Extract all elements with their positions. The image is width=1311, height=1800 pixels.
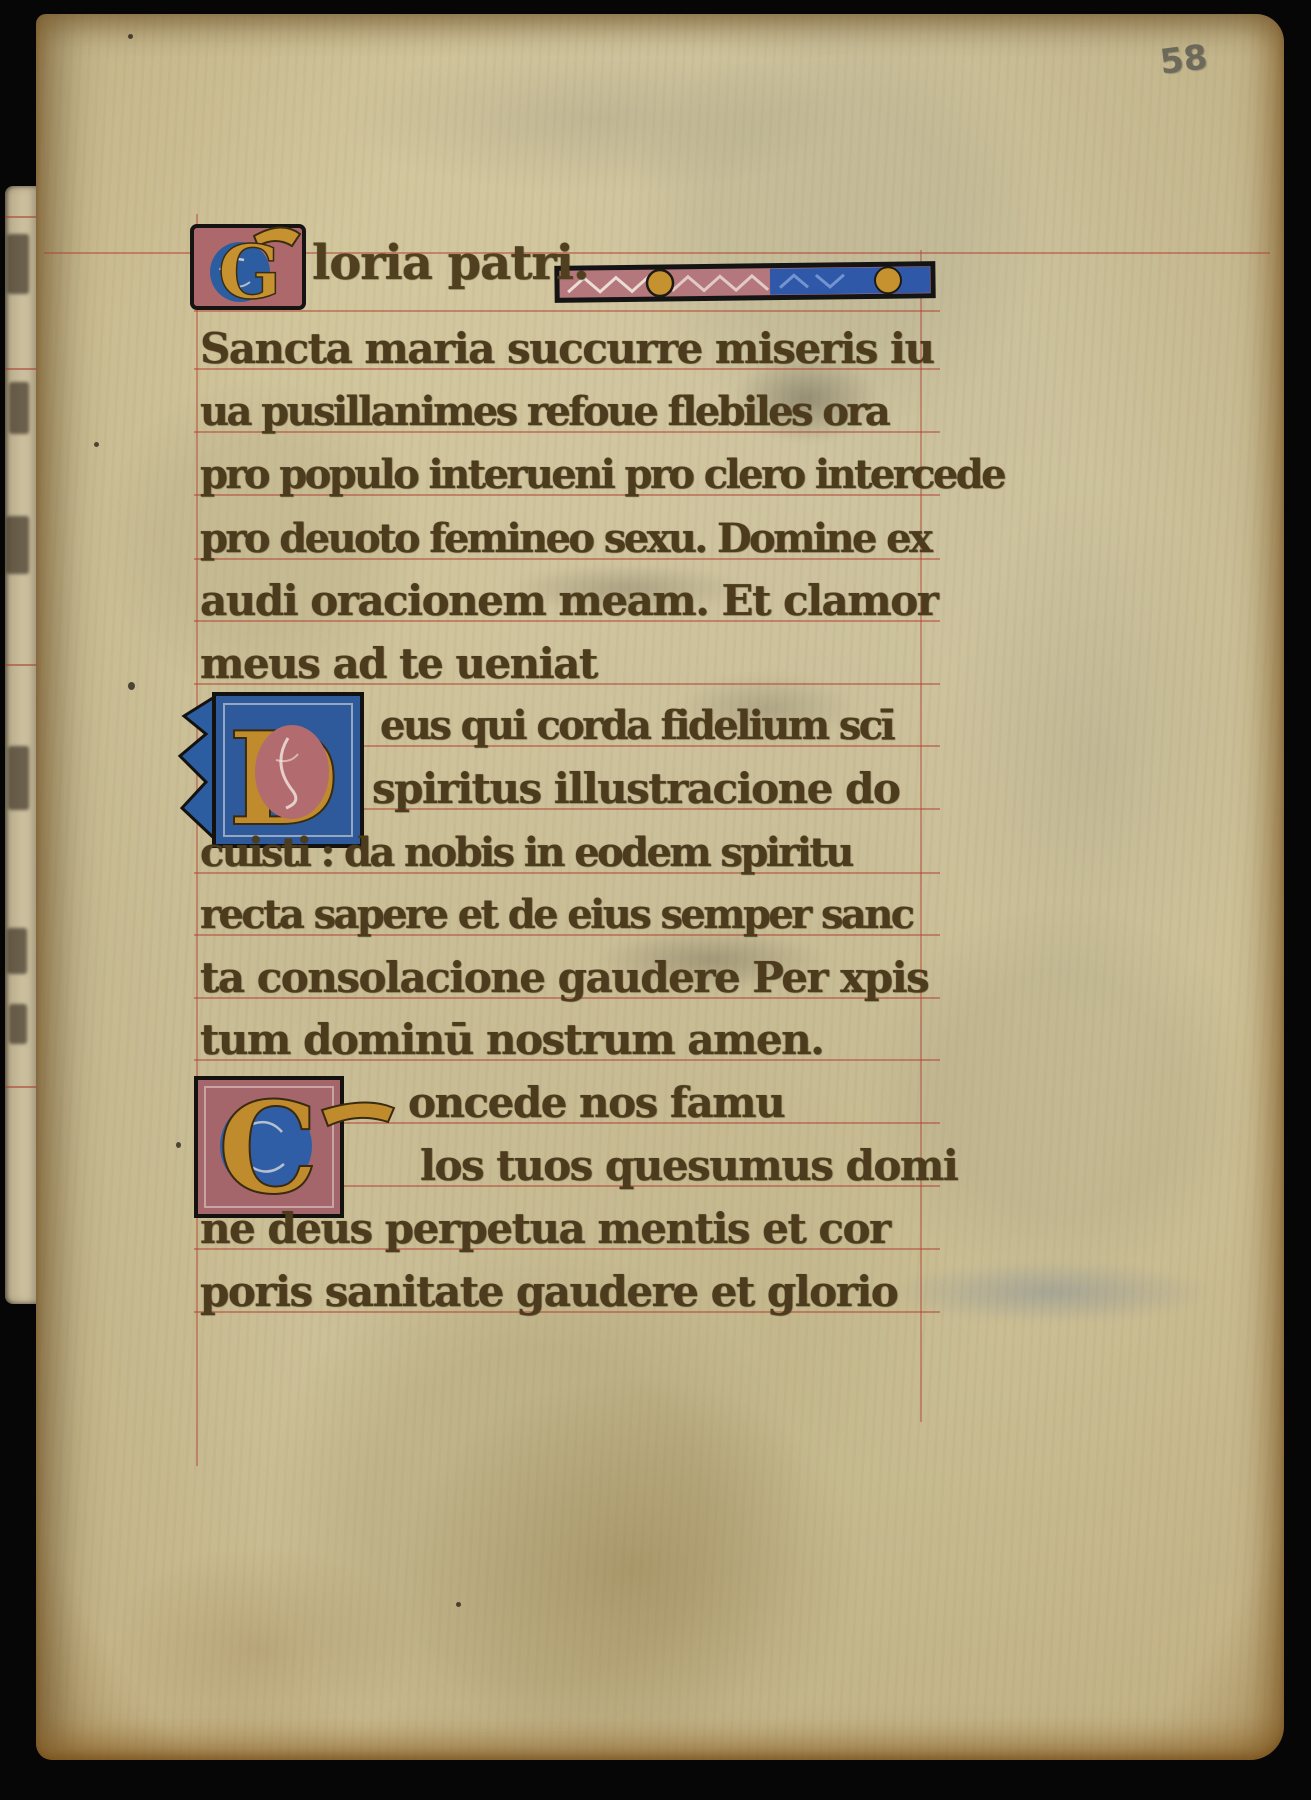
- text-line: oncede nos famu: [408, 1072, 784, 1134]
- text-line: audi oracionem meam. Et clamor: [200, 570, 937, 632]
- stain: [106, 1544, 416, 1754]
- bleedthrough-text-mark: [8, 746, 29, 810]
- stain: [336, 44, 856, 194]
- ruling-line-vertical: [920, 250, 922, 1422]
- text-line: tum dominū nostrum amen.: [200, 1009, 823, 1071]
- text-line: recta sapere et de eius semper sanc: [200, 884, 912, 946]
- svg-text:G: G: [218, 230, 281, 312]
- bleedthrough-text-mark: [7, 928, 27, 974]
- facing-page-ruling-fragment: [5, 368, 40, 370]
- ink-spot: [456, 1602, 461, 1607]
- text-line: spiritus illustracione do: [372, 758, 899, 820]
- ink-spot: [128, 34, 133, 39]
- ink-spot: [176, 1142, 181, 1148]
- manuscript-page: 58 G D C loria patri: [36, 14, 1284, 1760]
- text-line: ta consolacione gaudere Per xpis: [200, 947, 928, 1009]
- text-line: poris sanitate gaudere et glorio: [200, 1261, 897, 1323]
- bleedthrough-text-mark: [6, 516, 29, 574]
- text-line: meus ad te ueniat: [200, 633, 597, 695]
- bleedthrough-text-mark: [9, 382, 29, 434]
- line-filler-bar: [554, 258, 936, 305]
- stain: [396, 1374, 866, 1764]
- text-line: ua pusillanimes refoue flebiles ora: [200, 381, 888, 443]
- text-line: pro populo interueni pro clero intercede: [200, 444, 1004, 506]
- blue-pigment-smudge: [886, 1260, 1216, 1324]
- text-line: pro deuoto femineo sexu. Domine ex: [200, 508, 930, 570]
- text-line: eus qui corda fidelium scī: [380, 695, 893, 757]
- facing-page-edge: [5, 186, 40, 1304]
- text-line: Sancta maria succurre miseris iu: [200, 318, 934, 380]
- folio-number: 58: [1158, 37, 1210, 82]
- photograph-background: { "document": { "kind": "illuminated man…: [0, 0, 1311, 1800]
- text-line: cuisti : da nobis in eodem spiritu: [200, 822, 852, 884]
- text-line: ne deus perpetua mentis et cor: [200, 1198, 890, 1260]
- facing-page-ruling-fragment: [5, 216, 40, 218]
- ink-spot: [128, 682, 135, 690]
- ink-spot: [94, 442, 99, 447]
- facing-page-ruling-fragment: [5, 1086, 40, 1088]
- text-line: los tuos quesumus domi: [420, 1135, 957, 1197]
- stain: [941, 484, 1251, 1024]
- bleedthrough-text-mark: [7, 234, 29, 294]
- facing-page-ruling-fragment: [5, 664, 40, 666]
- illuminated-initial-g: G: [190, 222, 310, 312]
- text-line: loria patri.: [312, 232, 589, 294]
- bleedthrough-text-mark: [9, 1004, 27, 1044]
